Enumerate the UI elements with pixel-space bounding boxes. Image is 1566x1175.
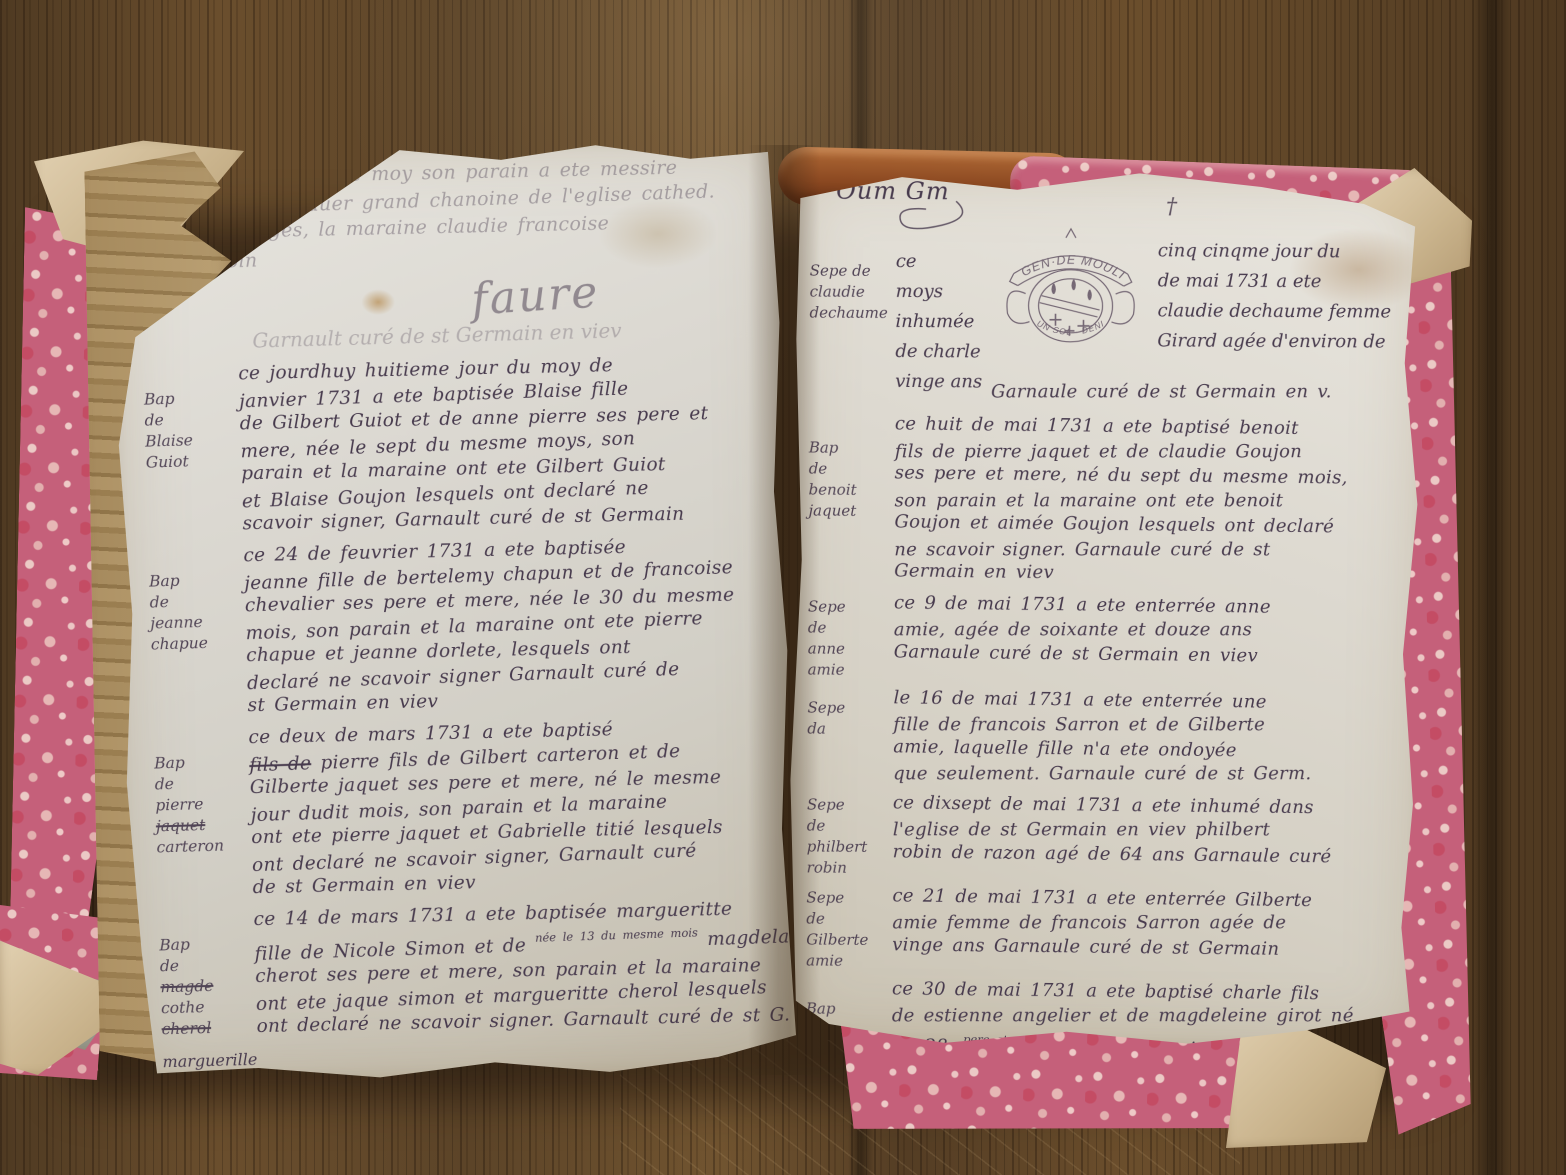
entry-word: de charle — [895, 337, 982, 367]
baptism-entry-benoit-jaquet: Bap de benoit jaquet ce huit de mai 1731… — [808, 413, 1411, 588]
entry-line: de mai 1731 a ete — [1158, 266, 1392, 297]
entry-line: Garnaule curé de st Germain en viev — [894, 640, 1410, 670]
margin-word: da — [807, 718, 893, 739]
margin-word: Sepe — [807, 697, 893, 718]
entry-line: de estienne angelier et de magdeleine gi… — [892, 1004, 1408, 1029]
entry-line: amie femme de francois Sarron agée de — [892, 911, 1408, 935]
baptism-entry-jeanne-chapu: Bap de jeanne chapue ce 24 de feuvrier 1… — [148, 530, 777, 722]
margin-word: carteron — [156, 835, 252, 859]
entry-line: Germain en viev — [894, 559, 1410, 589]
entry-line: ce 21 de mai 1731 a ete enterrée Gilbert… — [892, 884, 1408, 914]
entry-body: ce jourdhuy huitieme jour du moy de janv… — [238, 348, 772, 538]
margin-note: Bap de benoit jaquet — [808, 413, 895, 585]
svg-text:GEN·DE MOULINS: GEN·DE MOULINS — [991, 221, 1128, 282]
margin-word: chapue — [151, 632, 247, 656]
entry-body: le 16 de mai 1731 a ete enterrée une fil… — [893, 687, 1410, 788]
burial-entry-claudie-dechaume: Sepe de claudie dechaume ce moys inhumée… — [809, 230, 1412, 409]
margin-note: Bap de pierre jaquet carteron — [153, 727, 253, 905]
margin-note: Bap de jeanne chapue — [148, 545, 248, 723]
entry-line: amie, laquelle fille n'a ete ondoyée — [893, 735, 1409, 765]
entry-word: ce — [896, 247, 983, 277]
entry-line: le 16 de mai 1731 a ete enterrée une — [893, 686, 1409, 716]
entry-body-with-stamp: ce moys inhumée de charle vinge ans — [895, 231, 1412, 410]
entry-left-fragments: ce moys inhumée de charle vinge ans — [895, 247, 983, 397]
entry-line: robin de razon agé de 64 ans Garnaule cu… — [893, 840, 1409, 870]
margin-word: amie — [808, 659, 894, 680]
margin-word: Bap — [159, 933, 255, 957]
margin-word: Sepe — [808, 596, 894, 617]
margin-note: Bap de magde cothe cherol — [158, 909, 257, 1044]
margin-word: de — [809, 458, 895, 479]
cross-mark: † — [1166, 194, 1177, 219]
right-page: Oum Gm † Sepe de claudie dechaume ce — [777, 163, 1428, 1052]
margin-word: pierre — [155, 793, 251, 817]
entry-word: vinge ans — [895, 367, 982, 397]
entry-body: ce 24 de feuvrier 1731 a ete baptisée je… — [243, 530, 777, 720]
entry-line: ne scavoir signer. Garnaule curé de st — [894, 538, 1410, 563]
entry-body: ce huit de mai 1731 a ete baptisé benoit… — [894, 414, 1411, 588]
entry-line: ce huit de mai 1731 a ete baptisé benoit — [895, 412, 1411, 442]
burial-entry-anne-amie: Sepe de anne amie ce 9 de mai 1731 a ete… — [808, 592, 1410, 683]
entry-body: ce deux de mars 1731 a ete baptisé fils … — [248, 712, 782, 902]
margin-word: cothe — [161, 996, 257, 1020]
margin-word: jeanne — [150, 611, 246, 635]
entry-line: amie, agée de soixante et douze ans — [894, 618, 1410, 643]
margin-word-struck: cherol — [161, 1017, 257, 1041]
entry-line: claudie dechaume femme — [1157, 296, 1391, 327]
margin-word: Bap — [154, 751, 250, 775]
margin-note: Sepe de claudie dechaume — [809, 230, 896, 406]
entry-line: ce 9 de mai 1731 a ete enterrée anne — [894, 591, 1410, 621]
entry-body: ce 14 de mars 1731 a ete baptisée margue… — [253, 894, 785, 1041]
struck-words: fils de — [249, 753, 312, 776]
entry-body: ce 21 de mai 1731 a ete enterrée Gilbert… — [892, 885, 1408, 974]
margin-word-struck: jaquet — [156, 814, 252, 838]
right-page-text: Oum Gm † Sepe de claudie dechaume ce — [780, 164, 1427, 1049]
paraph-flourish-icon — [870, 199, 980, 234]
entry-line: Goujon et aimée Goujon lesquels ont decl… — [894, 510, 1410, 540]
margin-word: jaquet — [808, 500, 894, 521]
entry-body: ce dixsept de mai 1731 a ete inhumé dans… — [893, 792, 1409, 881]
entry-line: Girard agée d'environ de — [1157, 326, 1391, 357]
entry-word: inhumée — [895, 307, 982, 337]
entry-line: son parain et la maraine ont ete benoit — [895, 489, 1411, 514]
stamp-banner-text: GEN·DE MOULINS — [991, 221, 1128, 282]
entry-word: moys — [896, 277, 983, 307]
baptism-entry-margueritte-simon: Bap de magde cothe cherol ce 14 de mars … — [158, 894, 785, 1043]
margin-word: claudie — [810, 281, 896, 302]
margin-word: Blaise — [145, 429, 241, 453]
entry-line: vinge ans Garnaule curé de st Germain — [892, 933, 1408, 963]
entry-line: l'eglise de st Germain en viev philbert — [893, 818, 1409, 843]
margin-word: Sepe de — [810, 260, 896, 281]
entry-line: que seulement. Garnaule curé de st Germ. — [893, 762, 1409, 787]
entry-line: ce dixsept de mai 1731 a ete inhumé dans — [893, 791, 1409, 821]
entry-line: ce 30 de mai 1731 a ete baptisé charle f… — [892, 977, 1408, 1007]
baptism-entry-pierre-carteron: Bap de pierre jaquet carteron ce deux de… — [153, 712, 782, 904]
margin-note: Sepe da — [807, 687, 894, 785]
margin-word-struck: magde — [160, 975, 256, 999]
entry-body: ce 9 de mai 1731 a ete enterrée anne ami… — [894, 592, 1410, 683]
entry-line: Garnaule curé de st Germain en v. — [991, 380, 1332, 405]
entry-right-fragments: cinq cinqme jour du de mai 1731 a ete cl… — [1157, 236, 1391, 357]
entry-line: fils de pierre jaquet et de claudie Gouj… — [895, 440, 1411, 465]
margin-word: anne — [808, 638, 894, 659]
margin-word: de — [155, 772, 251, 796]
burial-entry-sarron-infant: Sepe da le 16 de mai 1731 a ete enterrée… — [807, 687, 1410, 788]
margin-word: Bap — [144, 387, 240, 411]
baptism-entry-blaise-guiot: Bap de Blaise Guiot ce jourdhuy huitieme… — [143, 348, 772, 540]
burial-entry-philbert-robin: Sepe de philbert robin ce dixsept de mai… — [807, 792, 1409, 881]
margin-word: Bap — [809, 437, 895, 458]
wood-plank-seam — [1472, 0, 1512, 1175]
margin-word: de — [149, 590, 245, 614]
margin-word: de — [160, 954, 256, 978]
generalite-de-moulins-tax-stamp: GEN·DE MOULINS UN SOL · DENI — [991, 221, 1150, 354]
book-gutter-shadow — [748, 145, 820, 1075]
margin-word: Bap — [149, 569, 245, 593]
margin-note: Sepe de anne amie — [808, 592, 894, 680]
entry-line: fille de francois Sarron et de Gilberte — [893, 713, 1409, 738]
margin-word: de — [808, 617, 894, 638]
entry-line: ses pere et mere, né du sept du mesme mo… — [895, 461, 1411, 491]
margin-word: dechaume — [809, 302, 895, 323]
margin-word: Guiot — [146, 450, 242, 474]
margin-word: benoit — [809, 479, 895, 500]
burial-entry-gilberte-amie: Sepe de Gilberte amie ce 21 de mai 1731 … — [806, 885, 1408, 974]
margin-note: Bap de Blaise Guiot — [143, 363, 243, 541]
interlinear-addition: née le 13 du mesme mois — [535, 925, 698, 944]
entry-line: cinq cinqme jour du — [1158, 236, 1392, 267]
margin-word: de — [144, 408, 240, 432]
